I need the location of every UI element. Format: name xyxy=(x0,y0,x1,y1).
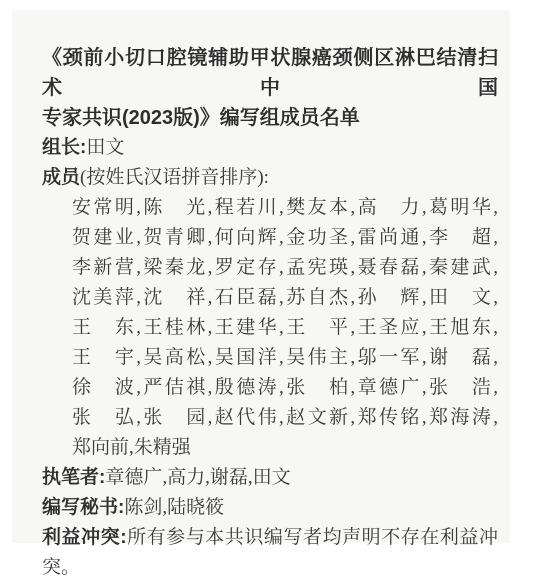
member-line: 徐 波,严佶祺,殷德涛,张 柏,章德广,张 浩, xyxy=(72,373,498,403)
member-line: 李新营,梁秦龙,罗定存,孟宪瑛,聂春磊,秦建武, xyxy=(72,253,498,283)
writers-label: 执笔者: xyxy=(42,467,105,488)
secretaries-label: 编写秘书: xyxy=(42,497,124,518)
document-title-line2: 专家共识(2023版)》编写组成员名单 xyxy=(42,103,498,133)
leader-label: 组长: xyxy=(42,137,86,158)
conflict-of-interest-label: 利益冲突: xyxy=(42,527,127,548)
member-name-list: 安常明,陈 光,程若川,樊友本,高 力,葛明华, 贺建业,贺青卿,何向辉,金功圣… xyxy=(72,193,498,463)
document-title-line1: 《颈前小切口腔镜辅助甲状腺癌颈侧区淋巴结清扫术中国 xyxy=(42,43,498,103)
members-label: 成员 xyxy=(42,167,80,188)
consensus-member-list-panel: 《颈前小切口腔镜辅助甲状腺癌颈侧区淋巴结清扫术中国 专家共识(2023版)》编写… xyxy=(12,10,510,543)
members-header-row: 成员(按姓氏汉语拼音排序): xyxy=(42,163,498,193)
member-line: 贺建业,贺青卿,何向辉,金功圣,雷尚通,李 超, xyxy=(72,223,498,253)
document-title: 《颈前小切口腔镜辅助甲状腺癌颈侧区淋巴结清扫术中国 专家共识(2023版)》编写… xyxy=(42,43,498,133)
leader-row: 组长:田文 xyxy=(42,133,498,163)
member-line: 沈美萍,沈 祥,石臣磊,苏自杰,孙 辉,田 文, xyxy=(72,283,498,313)
secretaries-names: 陈剑,陆晓筱 xyxy=(124,497,224,518)
member-line: 王 东,王桂林,王建华,王 平,王圣应,王旭东, xyxy=(72,313,498,343)
leader-name: 田文 xyxy=(86,137,124,158)
writers-names: 章德广,高力,谢磊,田文 xyxy=(105,467,290,488)
member-line: 安常明,陈 光,程若川,樊友本,高 力,葛明华, xyxy=(72,193,498,223)
member-line: 王 宇,吴高松,吴国洋,吴伟主,邬一军,谢 磊, xyxy=(72,343,498,373)
conflict-of-interest-row: 利益冲突:所有参与本共识编写者均声明不存在利益冲突。 xyxy=(42,523,498,556)
member-line: 张 弘,张 园,赵代伟,赵文新,郑传铭,郑海涛, xyxy=(72,403,498,433)
secretaries-row: 编写秘书:陈剑,陆晓筱 xyxy=(42,493,498,523)
member-line: 郑向前,朱精强 xyxy=(72,433,498,463)
members-sort-note: (按姓氏汉语拼音排序): xyxy=(80,167,269,188)
writers-row: 执笔者:章德广,高力,谢磊,田文 xyxy=(42,463,498,493)
